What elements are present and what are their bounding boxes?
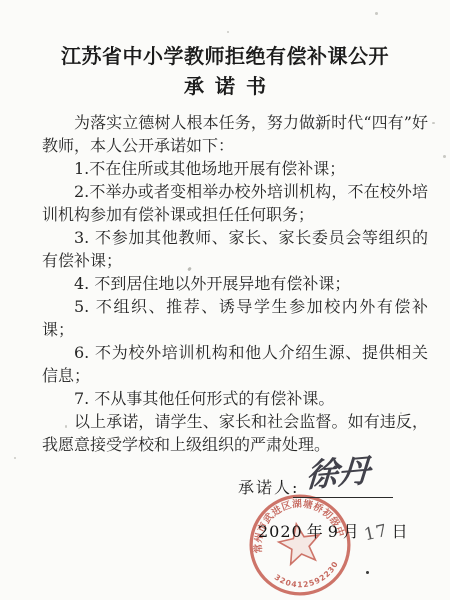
date-month-unit: 月 [343, 522, 360, 541]
document-subtitle: 承诺书 [0, 70, 450, 99]
scan-speck [375, 12, 378, 15]
scan-speck [443, 155, 446, 158]
document-title: 江苏省中小学教师拒绝有偿补课公开 [0, 40, 450, 69]
commitment-item-3: 3. 不参加其他教师、家长、家长委员会等组织的有偿补课； [42, 226, 428, 272]
scan-speck [227, 31, 229, 33]
date-line: 2020年9月17日 [258, 519, 413, 542]
commitment-intro: 为落实立德树人根本任务，努力做新时代“四有”好教师，本人公开承诺如下： [42, 111, 428, 157]
commitment-item-4: 4. 不到居住地以外开展异地有偿补课； [42, 272, 428, 295]
document-body: 为落实立德树人根本任务，努力做新时代“四有”好教师，本人公开承诺如下： 1.不在… [42, 111, 428, 456]
commitment-item-5: 5. 不组织、推荐、诱导学生参加校内外有偿补课； [42, 295, 428, 341]
promiser-label: 承诺人: [238, 475, 299, 498]
commitment-item-6: 6. 不为校外培训机构和他人介绍生源、提供相关信息； [42, 341, 428, 387]
commitment-item-1: 1.不在住所或其他场地开展有偿补课； [42, 157, 428, 180]
handwritten-signature: 徐丹 [304, 445, 371, 497]
date-month: 9 [328, 522, 339, 541]
document-page: 江苏省中小学教师拒绝有偿补课公开 承诺书 为落实立德树人根本任务，努力做新时代“… [0, 0, 450, 600]
handwritten-day: 17 [362, 521, 389, 545]
ink-dot [366, 571, 369, 574]
scan-speck [432, 122, 435, 124]
date-year: 2020 [258, 522, 303, 541]
commitment-item-2: 2.不举办或者变相举办校外培训机构，不在校外培训机构参加有偿补课或担任任何职务； [42, 180, 428, 226]
date-day-unit: 日 [392, 522, 409, 541]
commitment-item-7: 7. 不从事其他任何形式的有偿补课。 [42, 387, 428, 410]
date-year-unit: 年 [307, 522, 324, 541]
scan-speck [14, 457, 16, 459]
